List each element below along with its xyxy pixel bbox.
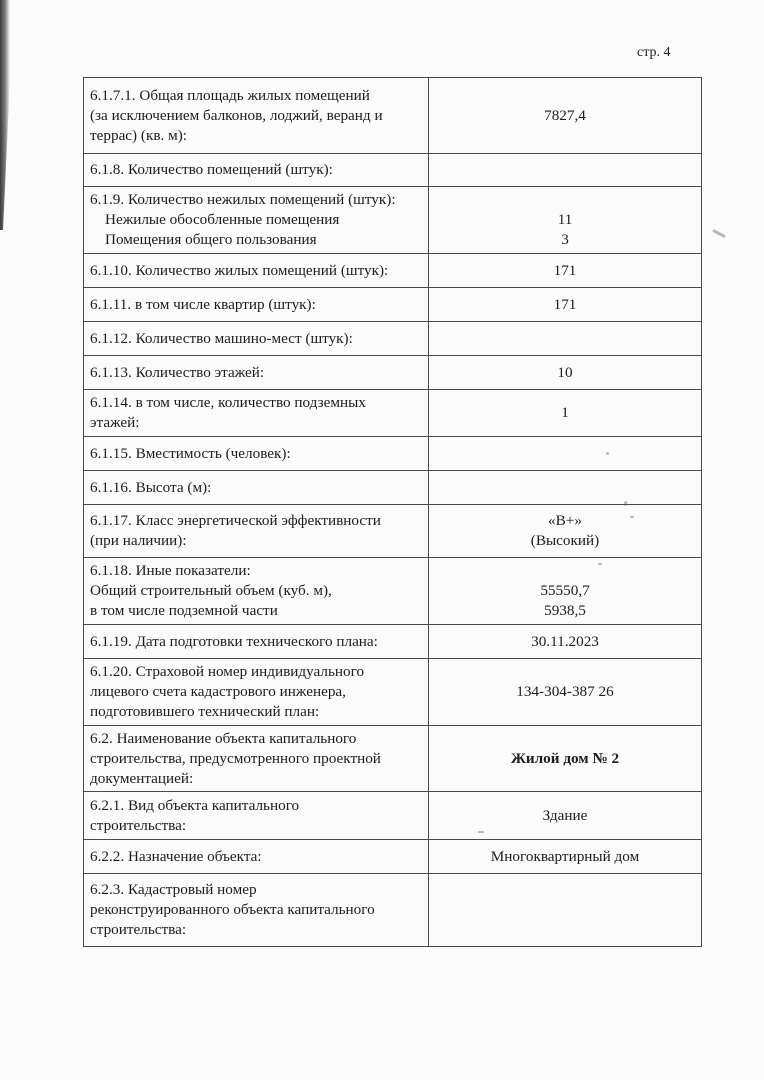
value-line: 171: [435, 261, 695, 281]
value-line: [435, 561, 695, 581]
row-value: [429, 154, 702, 187]
label-line: строительства:: [90, 920, 422, 940]
label-line: 6.2.1. Вид объекта капитального: [90, 796, 422, 816]
table-row: 6.1.15. Вместимость (человек):: [84, 437, 702, 471]
label-line: 6.1.8. Количество помещений (штук):: [90, 160, 422, 180]
row-label: 6.1.12. Количество машино-мест (штук):: [84, 322, 429, 356]
row-label: 6.1.11. в том числе квартир (штук):: [84, 288, 429, 322]
value-line: 1: [435, 403, 695, 423]
table-row: 6.1.9. Количество нежилых помещений (шту…: [84, 187, 702, 254]
row-value: 7827,4: [429, 78, 702, 154]
label-line: 6.1.20. Страховой номер индивидуального: [90, 662, 422, 682]
value-line: 30.11.2023: [435, 632, 695, 652]
table-row: 6.2.3. Кадастровый номерреконструированн…: [84, 874, 702, 947]
table-row: 6.1.18. Иные показатели:Общий строительн…: [84, 558, 702, 625]
row-label: 6.1.10. Количество жилых помещений (штук…: [84, 254, 429, 288]
table-row: 6.1.12. Количество машино-мест (штук):: [84, 322, 702, 356]
value-line: Жилой дом № 2: [435, 749, 695, 769]
row-label: 6.1.8. Количество помещений (штук):: [84, 154, 429, 187]
row-value: 30.11.2023: [429, 625, 702, 659]
label-line: 6.1.15. Вместимость (человек):: [90, 444, 422, 464]
row-value: [429, 437, 702, 471]
label-line: 6.1.10. Количество жилых помещений (штук…: [90, 261, 422, 281]
table-row: 6.1.20. Страховой номер индивидуальногол…: [84, 659, 702, 726]
label-line: 6.2.3. Кадастровый номер: [90, 880, 422, 900]
row-value: 1: [429, 390, 702, 437]
value-line: Здание: [435, 806, 695, 826]
label-line: 6.1.7.1. Общая площадь жилых помещений: [90, 86, 422, 106]
table-body: 6.1.7.1. Общая площадь жилых помещений(з…: [84, 78, 702, 947]
value-line: 10: [435, 363, 695, 383]
row-label: 6.1.18. Иные показатели:Общий строительн…: [84, 558, 429, 625]
label-line: строительства:: [90, 816, 422, 836]
label-line: Помещения общего пользования: [90, 230, 422, 250]
row-label: 6.1.17. Класс энергетической эффективнос…: [84, 505, 429, 558]
label-line: 6.1.11. в том числе квартир (штук):: [90, 295, 422, 315]
table-row: 6.1.7.1. Общая площадь жилых помещений(з…: [84, 78, 702, 154]
row-value: Многоквартирный дом: [429, 840, 702, 874]
table-row: 6.1.8. Количество помещений (штук):: [84, 154, 702, 187]
row-value: 134-304-387 26: [429, 659, 702, 726]
table-row: 6.2.1. Вид объекта капитальногостроитель…: [84, 792, 702, 840]
row-label: 6.1.7.1. Общая площадь жилых помещений(з…: [84, 78, 429, 154]
label-line: 6.1.19. Дата подготовки технического пла…: [90, 632, 422, 652]
label-line: 6.2.2. Назначение объекта:: [90, 847, 422, 867]
row-value: [429, 322, 702, 356]
label-line: 6.1.16. Высота (м):: [90, 478, 422, 498]
value-line: 55550,7: [435, 581, 695, 601]
table-row: 6.2.2. Назначение объекта:Многоквартирны…: [84, 840, 702, 874]
label-line: реконструированного объекта капитального: [90, 900, 422, 920]
label-line: 6.1.18. Иные показатели:: [90, 561, 422, 581]
table-row: 6.1.13. Количество этажей:10: [84, 356, 702, 390]
table-row: 6.1.14. в том числе, количество подземны…: [84, 390, 702, 437]
building-parameters-table: 6.1.7.1. Общая площадь жилых помещений(з…: [83, 77, 702, 947]
row-value: 113: [429, 187, 702, 254]
label-line: подготовившего технический план:: [90, 702, 422, 722]
row-label: 6.2.1. Вид объекта капитальногостроитель…: [84, 792, 429, 840]
label-line: (за исключением балконов, лоджий, веранд…: [90, 106, 422, 126]
row-value: 171: [429, 288, 702, 322]
row-value: 10: [429, 356, 702, 390]
scan-artifact: [712, 229, 726, 238]
table-row: 6.1.11. в том числе квартир (штук):171: [84, 288, 702, 322]
label-line: этажей:: [90, 413, 422, 433]
value-line: 7827,4: [435, 106, 695, 126]
row-label: 6.1.13. Количество этажей:: [84, 356, 429, 390]
label-line: Нежилые обособленные помещения: [90, 210, 422, 230]
value-line: «B+»: [435, 511, 695, 531]
label-line: 6.1.14. в том числе, количество подземны…: [90, 393, 422, 413]
value-line: 11: [435, 210, 695, 230]
label-line: строительства, предусмотренного проектно…: [90, 749, 422, 769]
row-label: 6.2.3. Кадастровый номерреконструированн…: [84, 874, 429, 947]
value-line: 134-304-387 26: [435, 682, 695, 702]
value-line: 3: [435, 230, 695, 250]
table-row: 6.1.17. Класс энергетической эффективнос…: [84, 505, 702, 558]
label-line: 6.2. Наименование объекта капитального: [90, 729, 422, 749]
label-line: 6.1.9. Количество нежилых помещений (шту…: [90, 190, 422, 210]
table-row: 6.1.19. Дата подготовки технического пла…: [84, 625, 702, 659]
row-label: 6.1.16. Высота (м):: [84, 471, 429, 505]
row-label: 6.1.15. Вместимость (человек):: [84, 437, 429, 471]
label-line: документацией:: [90, 769, 422, 789]
table-row: 6.1.10. Количество жилых помещений (штук…: [84, 254, 702, 288]
label-line: Общий строительный объем (куб. м),: [90, 581, 422, 601]
row-label: 6.2. Наименование объекта капитальногост…: [84, 726, 429, 792]
row-value: «B+»(Высокий): [429, 505, 702, 558]
row-label: 6.1.9. Количество нежилых помещений (шту…: [84, 187, 429, 254]
row-label: 6.1.20. Страховой номер индивидуальногол…: [84, 659, 429, 726]
label-line: 6.1.12. Количество машино-мест (штук):: [90, 329, 422, 349]
row-value: [429, 471, 702, 505]
page-number: стр. 4: [637, 45, 671, 61]
table-row: 6.2. Наименование объекта капитальногост…: [84, 726, 702, 792]
scan-edge-shadow: [0, 0, 10, 230]
label-line: 6.1.17. Класс энергетической эффективнос…: [90, 511, 422, 531]
value-line: (Высокий): [435, 531, 695, 551]
row-value: [429, 874, 702, 947]
row-label: 6.1.14. в том числе, количество подземны…: [84, 390, 429, 437]
row-value: 55550,75938,5: [429, 558, 702, 625]
row-label: 6.1.19. Дата подготовки технического пла…: [84, 625, 429, 659]
label-line: (при наличии):: [90, 531, 422, 551]
value-line: [435, 190, 695, 210]
value-line: 5938,5: [435, 601, 695, 621]
row-value: 171: [429, 254, 702, 288]
label-line: 6.1.13. Количество этажей:: [90, 363, 422, 383]
value-line: Многоквартирный дом: [435, 847, 695, 867]
row-value: Здание: [429, 792, 702, 840]
value-line: 171: [435, 295, 695, 315]
label-line: террас) (кв. м):: [90, 126, 422, 146]
label-line: в том числе подземной части: [90, 601, 422, 621]
row-value: Жилой дом № 2: [429, 726, 702, 792]
label-line: лицевого счета кадастрового инженера,: [90, 682, 422, 702]
table-row: 6.1.16. Высота (м):: [84, 471, 702, 505]
row-label: 6.2.2. Назначение объекта:: [84, 840, 429, 874]
